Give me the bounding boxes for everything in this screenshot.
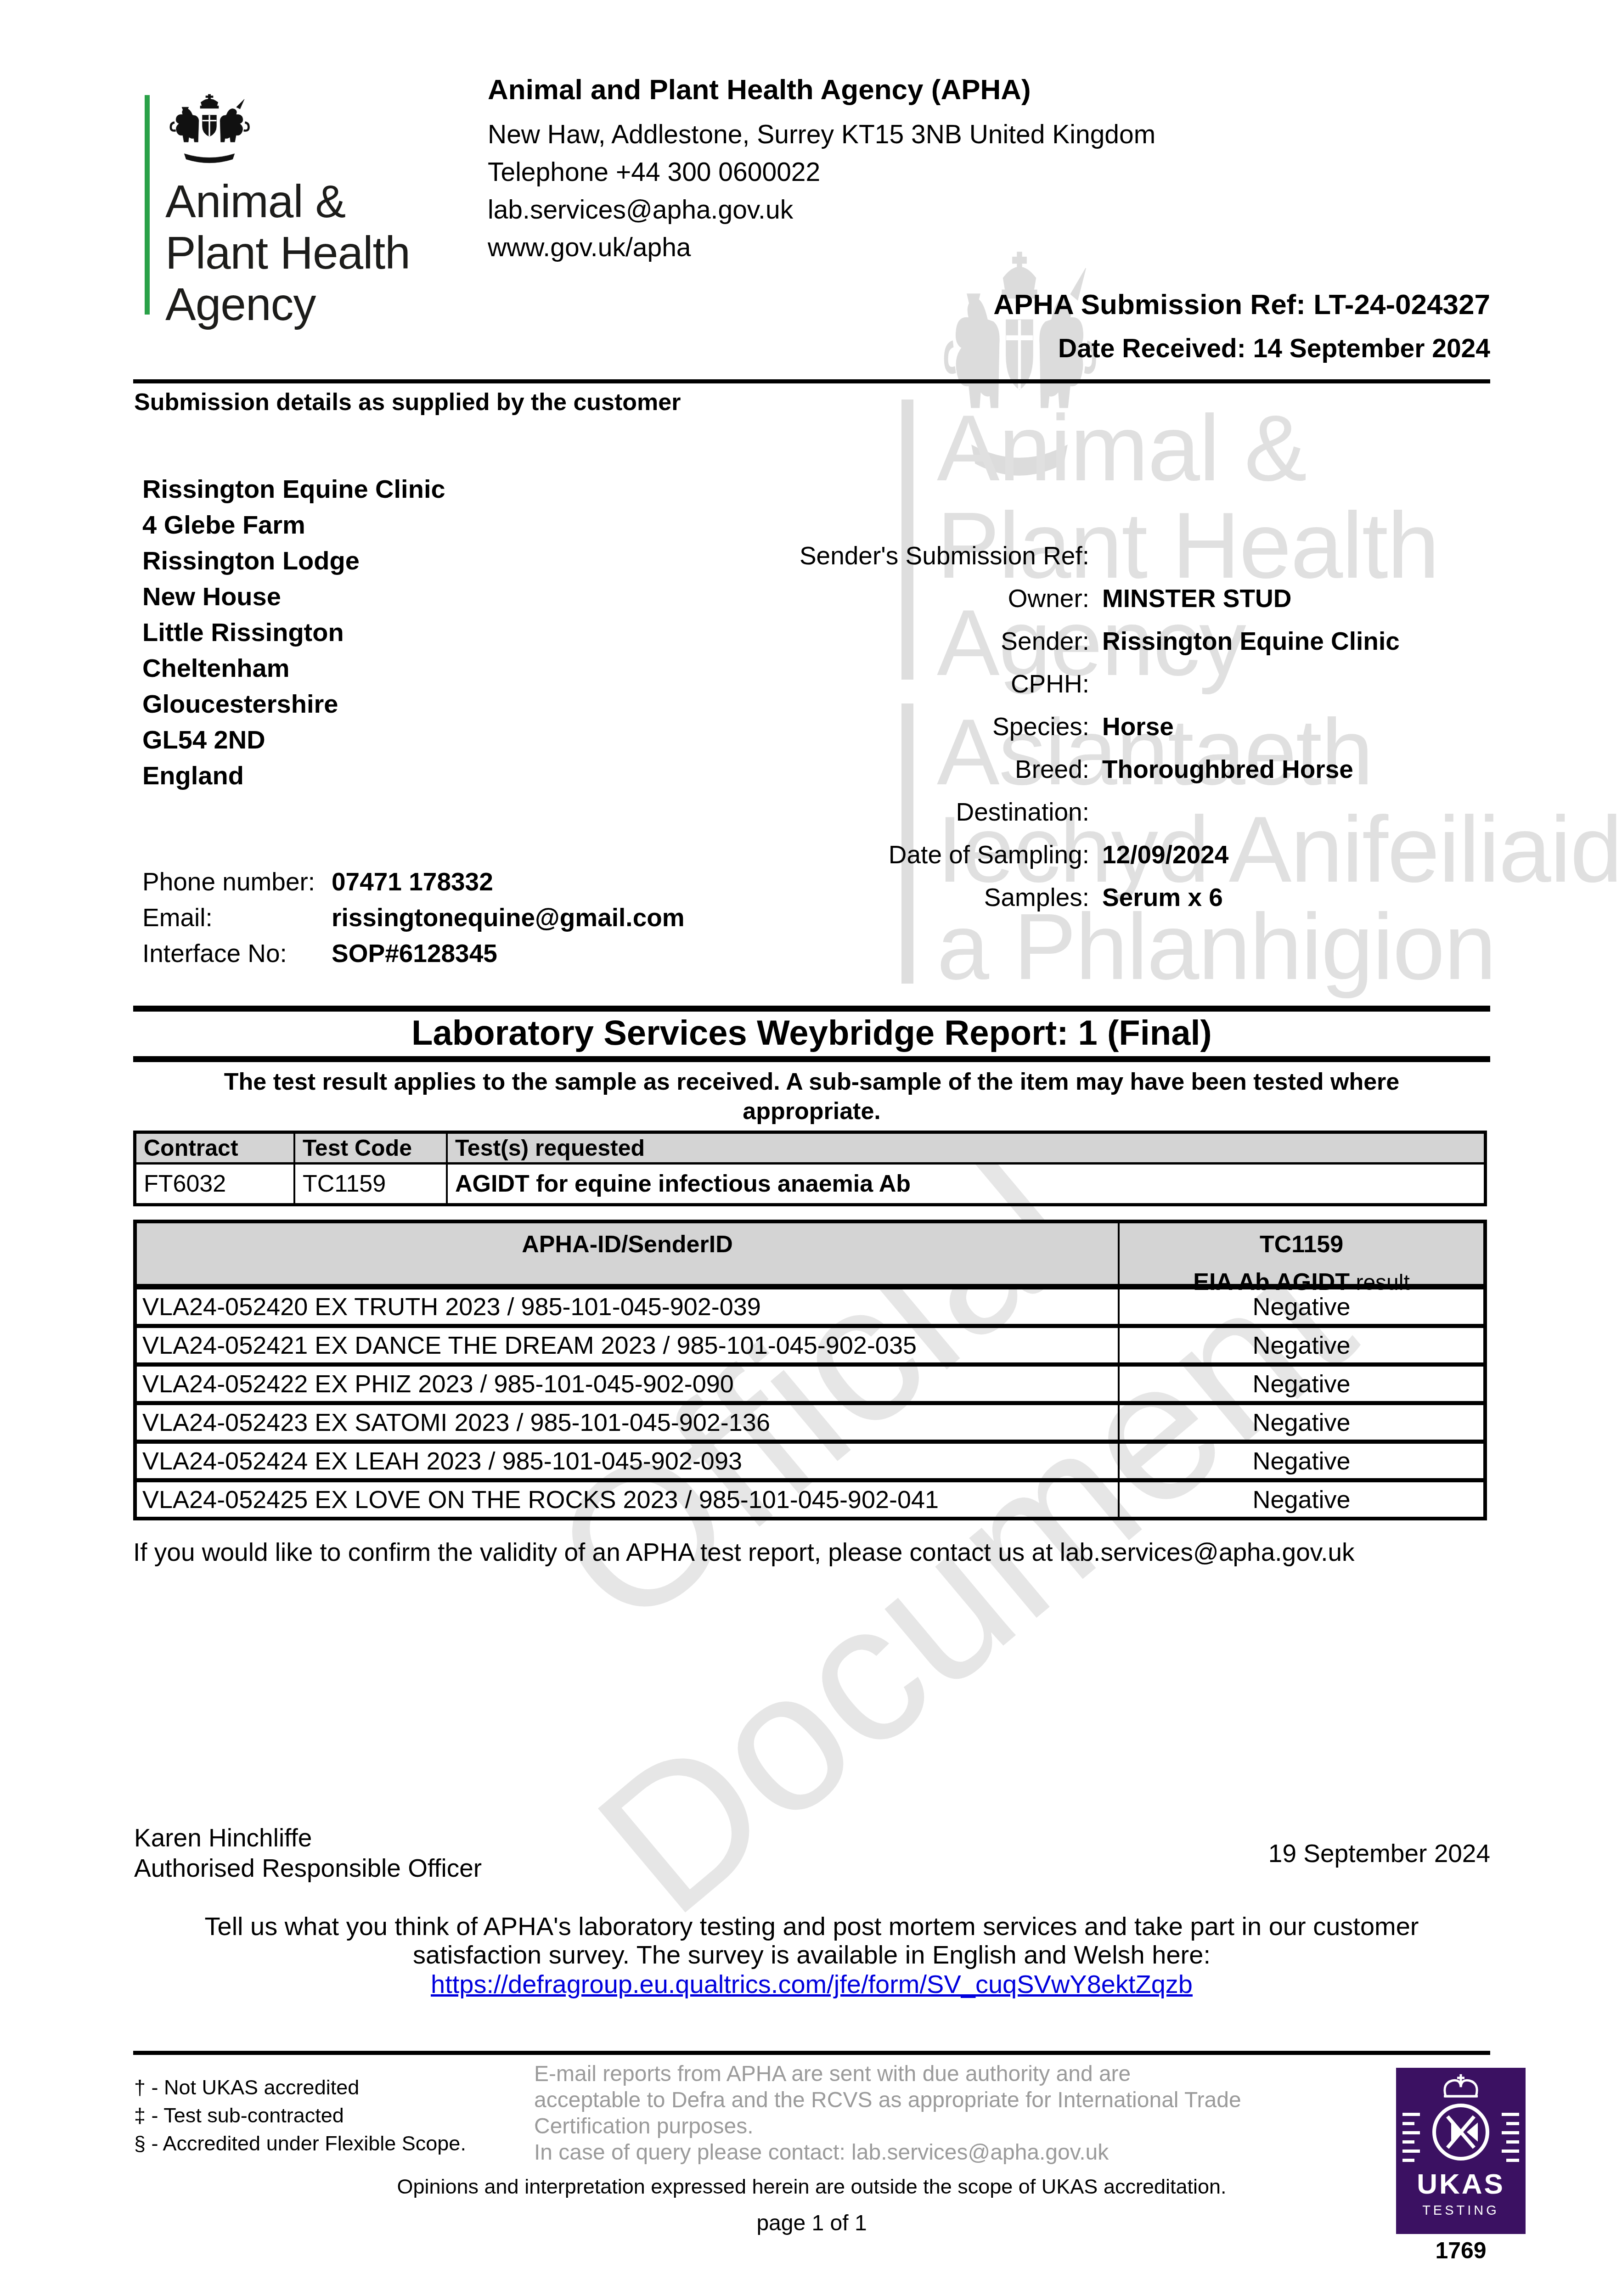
signatory-name: Karen Hinchliffe [134, 1823, 312, 1852]
survey-text-line2: satisfaction survey. The survey is avail… [133, 1940, 1490, 1970]
sample-id-cell: VLA24-052424 EX LEAH 2023 / 985-101-045-… [137, 1444, 1120, 1478]
contract-cell: FT6032 [136, 1170, 293, 1198]
sample-id-cell: VLA24-052421 EX DANCE THE DREAM 2023 / 9… [137, 1328, 1120, 1362]
table-row: VLA24-052425 EX LOVE ON THE ROCKS 2023 /… [137, 1478, 1483, 1517]
footnote-section: § - Accredited under Flexible Scope. [134, 2132, 466, 2155]
page-number: page 1 of 1 [133, 2211, 1490, 2236]
address-line: Rissington Lodge [142, 543, 445, 579]
contact-value: rissingtonequine@gmail.com [332, 903, 685, 932]
sample-id-cell: VLA24-052425 EX LOVE ON THE ROCKS 2023 /… [137, 1482, 1120, 1517]
divider-footer [133, 2051, 1490, 2055]
section-title: Submission details as supplied by the cu… [134, 388, 681, 416]
address-line: GL54 2ND [142, 722, 445, 758]
field-label: CPHH: [505, 669, 1089, 698]
column-header-result: TC1159 EIA Ab AGIDT result [1120, 1223, 1483, 1284]
report-page: Animal & Plant Health Agency Asiantaeth … [0, 0, 1622, 2296]
address-line: Cheltenham [142, 650, 445, 686]
agency-phone: Telephone +44 300 0600022 [488, 157, 820, 187]
column-header: Test(s) requested [446, 1134, 1484, 1162]
field-value: 12/09/2024 [1102, 840, 1228, 869]
survey-link-row: https://defragroup.eu.qualtrics.com/jfe/… [133, 1969, 1490, 1999]
submission-ref: APHA Submission Ref: LT-24-024327 [993, 288, 1490, 321]
result-cell: Negative [1120, 1367, 1483, 1401]
contact-value: SOP#6128345 [332, 939, 497, 968]
field-label: Species: [505, 712, 1089, 741]
report-note-line1: The test result applies to the sample as… [133, 1068, 1490, 1096]
ukas-testing-logo: UKAS TESTING [1396, 2068, 1526, 2234]
report-note-line2: appropriate. [133, 1097, 1490, 1125]
ukas-category: TESTING [1396, 2203, 1526, 2218]
footnote-dagger: † - Not UKAS accredited [134, 2076, 359, 2099]
tests-requested-cell: AGIDT for equine infectious anaemia Ab [446, 1165, 1484, 1203]
contract-table-row: FT6032 TC1159 AGIDT for equine infectiou… [136, 1165, 1484, 1203]
report-title: Laboratory Services Weybridge Report: 1 … [133, 1013, 1490, 1053]
survey-text-line1: Tell us what you think of APHA's laborat… [133, 1911, 1490, 1941]
logo-line: Agency [165, 279, 410, 330]
test-code-cell: TC1159 [293, 1165, 446, 1203]
logo-green-bar [145, 95, 150, 315]
address-line: Gloucestershire [142, 686, 445, 722]
footer-info-block: E-mail reports from APHA are sent with d… [534, 2061, 1278, 2166]
table-row: VLA24-052420 EX TRUTH 2023 / 985-101-045… [137, 1289, 1483, 1324]
field-value: Serum x 6 [1102, 883, 1223, 912]
results-table-header: APHA-ID/SenderID TC1159 EIA Ab AGIDT res… [137, 1223, 1483, 1289]
table-row: VLA24-052424 EX LEAH 2023 / 985-101-045-… [137, 1440, 1483, 1478]
agency-address: New Haw, Addlestone, Surrey KT15 3NB Uni… [488, 119, 1155, 150]
result-cell: Negative [1120, 1328, 1483, 1362]
contact-value: 07471 178332 [332, 867, 493, 896]
address-line: England [142, 758, 445, 793]
field-value: Rissington Equine Clinic [1102, 626, 1400, 656]
field-label: Sender's Submission Ref: [505, 541, 1089, 570]
sample-id-cell: VLA24-052420 EX TRUTH 2023 / 985-101-045… [137, 1289, 1120, 1324]
field-value: MINSTER STUD [1102, 584, 1292, 613]
signatory-role: Authorised Responsible Officer [134, 1853, 482, 1883]
address-line: 4 Glebe Farm [142, 507, 445, 543]
ukas-wordmark: UKAS [1396, 2168, 1526, 2200]
test-code-header: TC1159 [1120, 1231, 1483, 1258]
footnote-double-dagger: ‡ - Test sub-contracted [134, 2104, 344, 2127]
footer-info-line: Certification purposes. [534, 2113, 1278, 2139]
contact-label: Interface No: [142, 939, 287, 968]
agency-email: lab.services@apha.gov.uk [488, 195, 793, 225]
royal-crest-icon [163, 92, 255, 169]
footer-info-line: acceptable to Defra and the RCVS as appr… [534, 2087, 1278, 2113]
sample-id-cell: VLA24-052422 EX PHIZ 2023 / 985-101-045-… [137, 1367, 1120, 1401]
contract-table: Contract Test Code Test(s) requested FT6… [133, 1131, 1487, 1206]
column-header: Test Code [293, 1134, 446, 1162]
result-cell: Negative [1120, 1444, 1483, 1478]
agency-title: Animal and Plant Health Agency (APHA) [488, 73, 1031, 106]
address-line: New House [142, 579, 445, 614]
table-row: VLA24-052422 EX PHIZ 2023 / 985-101-045-… [137, 1362, 1483, 1401]
ukas-opinions-note: Opinions and interpretation expressed he… [133, 2175, 1490, 2199]
result-cell: Negative [1120, 1482, 1483, 1517]
table-row: VLA24-052423 EX SATOMI 2023 / 985-101-04… [137, 1401, 1483, 1440]
address-line: Rissington Equine Clinic [142, 471, 445, 507]
field-label: Breed: [505, 754, 1089, 784]
agency-website: www.gov.uk/apha [488, 232, 691, 263]
footer-info-line: E-mail reports from APHA are sent with d… [534, 2061, 1278, 2087]
footer-info-line: In case of query please contact: lab.ser… [534, 2139, 1278, 2166]
title-bar-bottom [133, 1056, 1490, 1062]
title-bar-top [133, 1006, 1490, 1012]
contact-label: Email: [142, 903, 213, 932]
result-cell: Negative [1120, 1405, 1483, 1440]
logo-wordmark: Animal & Plant Health Agency [165, 176, 410, 330]
address-line: Little Rissington [142, 614, 445, 650]
report-date: 19 September 2024 [1268, 1839, 1490, 1868]
column-header: Contract [136, 1135, 293, 1161]
results-table: APHA-ID/SenderID TC1159 EIA Ab AGIDT res… [133, 1220, 1487, 1520]
contract-table-header: Contract Test Code Test(s) requested [136, 1134, 1484, 1165]
date-received: Date Received: 14 September 2024 [1058, 333, 1490, 364]
logo-line: Animal & [165, 176, 410, 227]
validity-note: If you would like to confirm the validit… [133, 1537, 1355, 1567]
field-label: Date of Sampling: [505, 840, 1089, 869]
sample-id-cell: VLA24-052423 EX SATOMI 2023 / 985-101-04… [137, 1405, 1120, 1440]
customer-address: Rissington Equine Clinic 4 Glebe Farm Ri… [142, 471, 445, 793]
field-value: Thoroughbred Horse [1102, 754, 1353, 784]
contact-label: Phone number: [142, 867, 315, 896]
result-cell: Negative [1120, 1289, 1483, 1324]
ukas-accreditation-number: 1769 [1396, 2237, 1526, 2264]
field-label: Sender: [505, 626, 1089, 656]
field-label: Owner: [505, 584, 1089, 613]
survey-link[interactable]: https://defragroup.eu.qualtrics.com/jfe/… [431, 1970, 1193, 1998]
field-label: Destination: [505, 797, 1089, 827]
table-row: VLA24-052421 EX DANCE THE DREAM 2023 / 9… [137, 1324, 1483, 1362]
column-header-apha-id: APHA-ID/SenderID [137, 1223, 1120, 1284]
divider-top [133, 379, 1490, 383]
logo-line: Plant Health [165, 227, 410, 279]
field-value: Horse [1102, 712, 1174, 741]
